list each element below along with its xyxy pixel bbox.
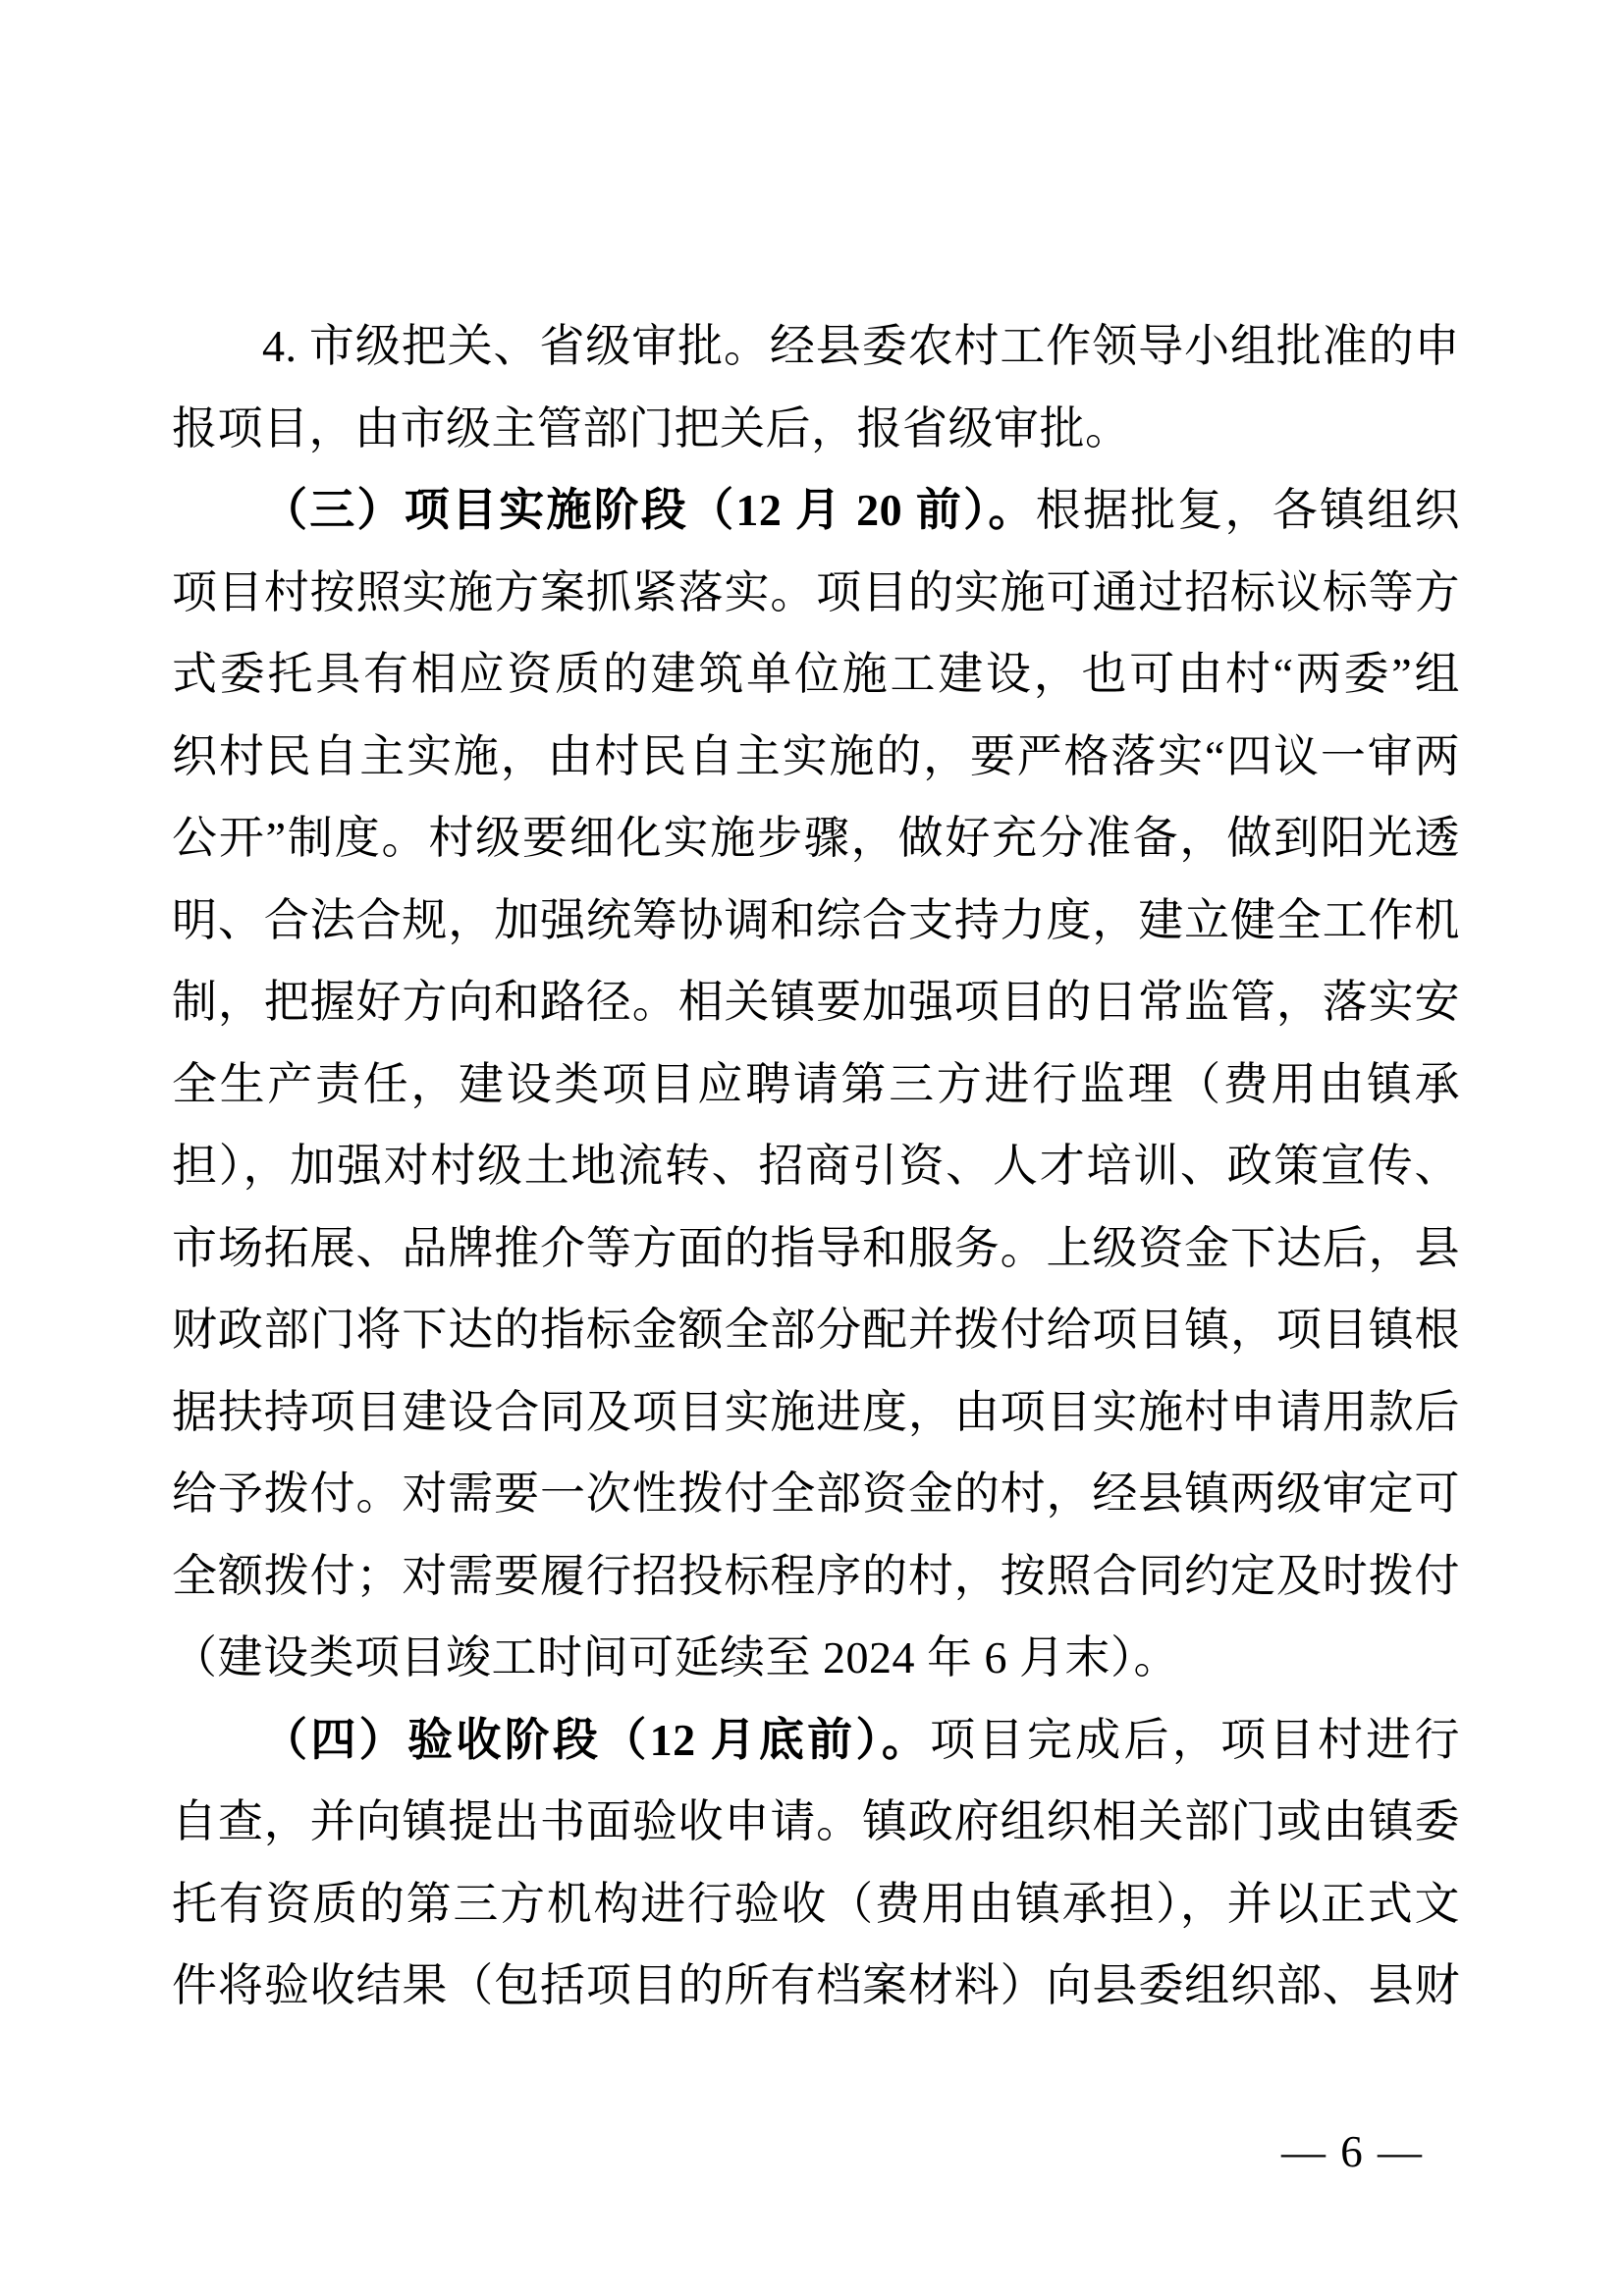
text-line: 全生产责任，建设类项目应聘请第三方进行监理（费用由镇承 — [172, 1043, 1460, 1126]
text-line: 报项目，由市级主管部门把关后，报省级审批。 — [172, 388, 1460, 470]
section-heading: （四）验收阶段（12 月底前）。 — [262, 1715, 930, 1765]
text-line: 全额拨付；对需要履行招投标程序的村，按照合同约定及时拨付 — [172, 1535, 1460, 1618]
text-line: （四）验收阶段（12 月底前）。项目完成后，项目村进行 — [172, 1699, 1460, 1782]
text-line: 自查，并向镇提出书面验收申请。镇政府组织相关部门或由镇委 — [172, 1781, 1460, 1863]
page-number: — 6 — — [1281, 2122, 1424, 2181]
text-line: 制，把握好方向和路径。相关镇要加强项目的日常监管，落实安 — [172, 961, 1460, 1043]
text-line: （建设类项目竣工时间可延续至 2024 年 6 月末）。 — [172, 1617, 1460, 1699]
text-line: 据扶持项目建设合同及项目实施进度，由项目实施村申请用款后 — [172, 1371, 1460, 1454]
text-line: 公开”制度。村级要细化实施步骤，做好充分准备，做到阳光透 — [172, 797, 1460, 880]
text-line: 4. 市级把关、省级审批。经县委农村工作领导小组批准的申 — [172, 305, 1460, 388]
text-line: 件将验收结果（包括项目的所有档案材料）向县委组织部、县财 — [172, 1945, 1460, 2027]
text-line: 托有资质的第三方机构进行验收（费用由镇承担），并以正式文 — [172, 1863, 1460, 1946]
text-line: 担），加强对村级土地流转、招商引资、人才培训、政策宣传、 — [172, 1125, 1460, 1207]
section-heading: （三）项目实施阶段（12 月 20 前）。 — [262, 485, 1036, 535]
text-line: 织村民自主实施，由村民自主实施的，要严格落实“四议一审两 — [172, 716, 1460, 798]
text-line: （三）项目实施阶段（12 月 20 前）。根据批复，各镇组织 — [172, 469, 1460, 552]
document-body: 4. 市级把关、省级审批。经县委农村工作领导小组批准的申报项目，由市级主管部门把… — [172, 305, 1460, 2027]
text-line: 财政部门将下达的指标金额全部分配并拨付给项目镇，项目镇根 — [172, 1289, 1460, 1371]
text-line: 项目村按照实施方案抓紧落实。项目的实施可通过招标议标等方 — [172, 552, 1460, 634]
text-line: 给予拨付。对需要一次性拨付全部资金的村，经县镇两级审定可 — [172, 1453, 1460, 1535]
document-page: 4. 市级把关、省级审批。经县委农村工作领导小组批准的申报项目，由市级主管部门把… — [0, 0, 1624, 2296]
text-line: 明、合法合规，加强统筹协调和综合支持力度，建立健全工作机 — [172, 880, 1460, 962]
text-line: 式委托具有相应资质的建筑单位施工建设，也可由村“两委”组 — [172, 633, 1460, 716]
text-line: 市场拓展、品牌推介等方面的指导和服务。上级资金下达后，县 — [172, 1207, 1460, 1290]
